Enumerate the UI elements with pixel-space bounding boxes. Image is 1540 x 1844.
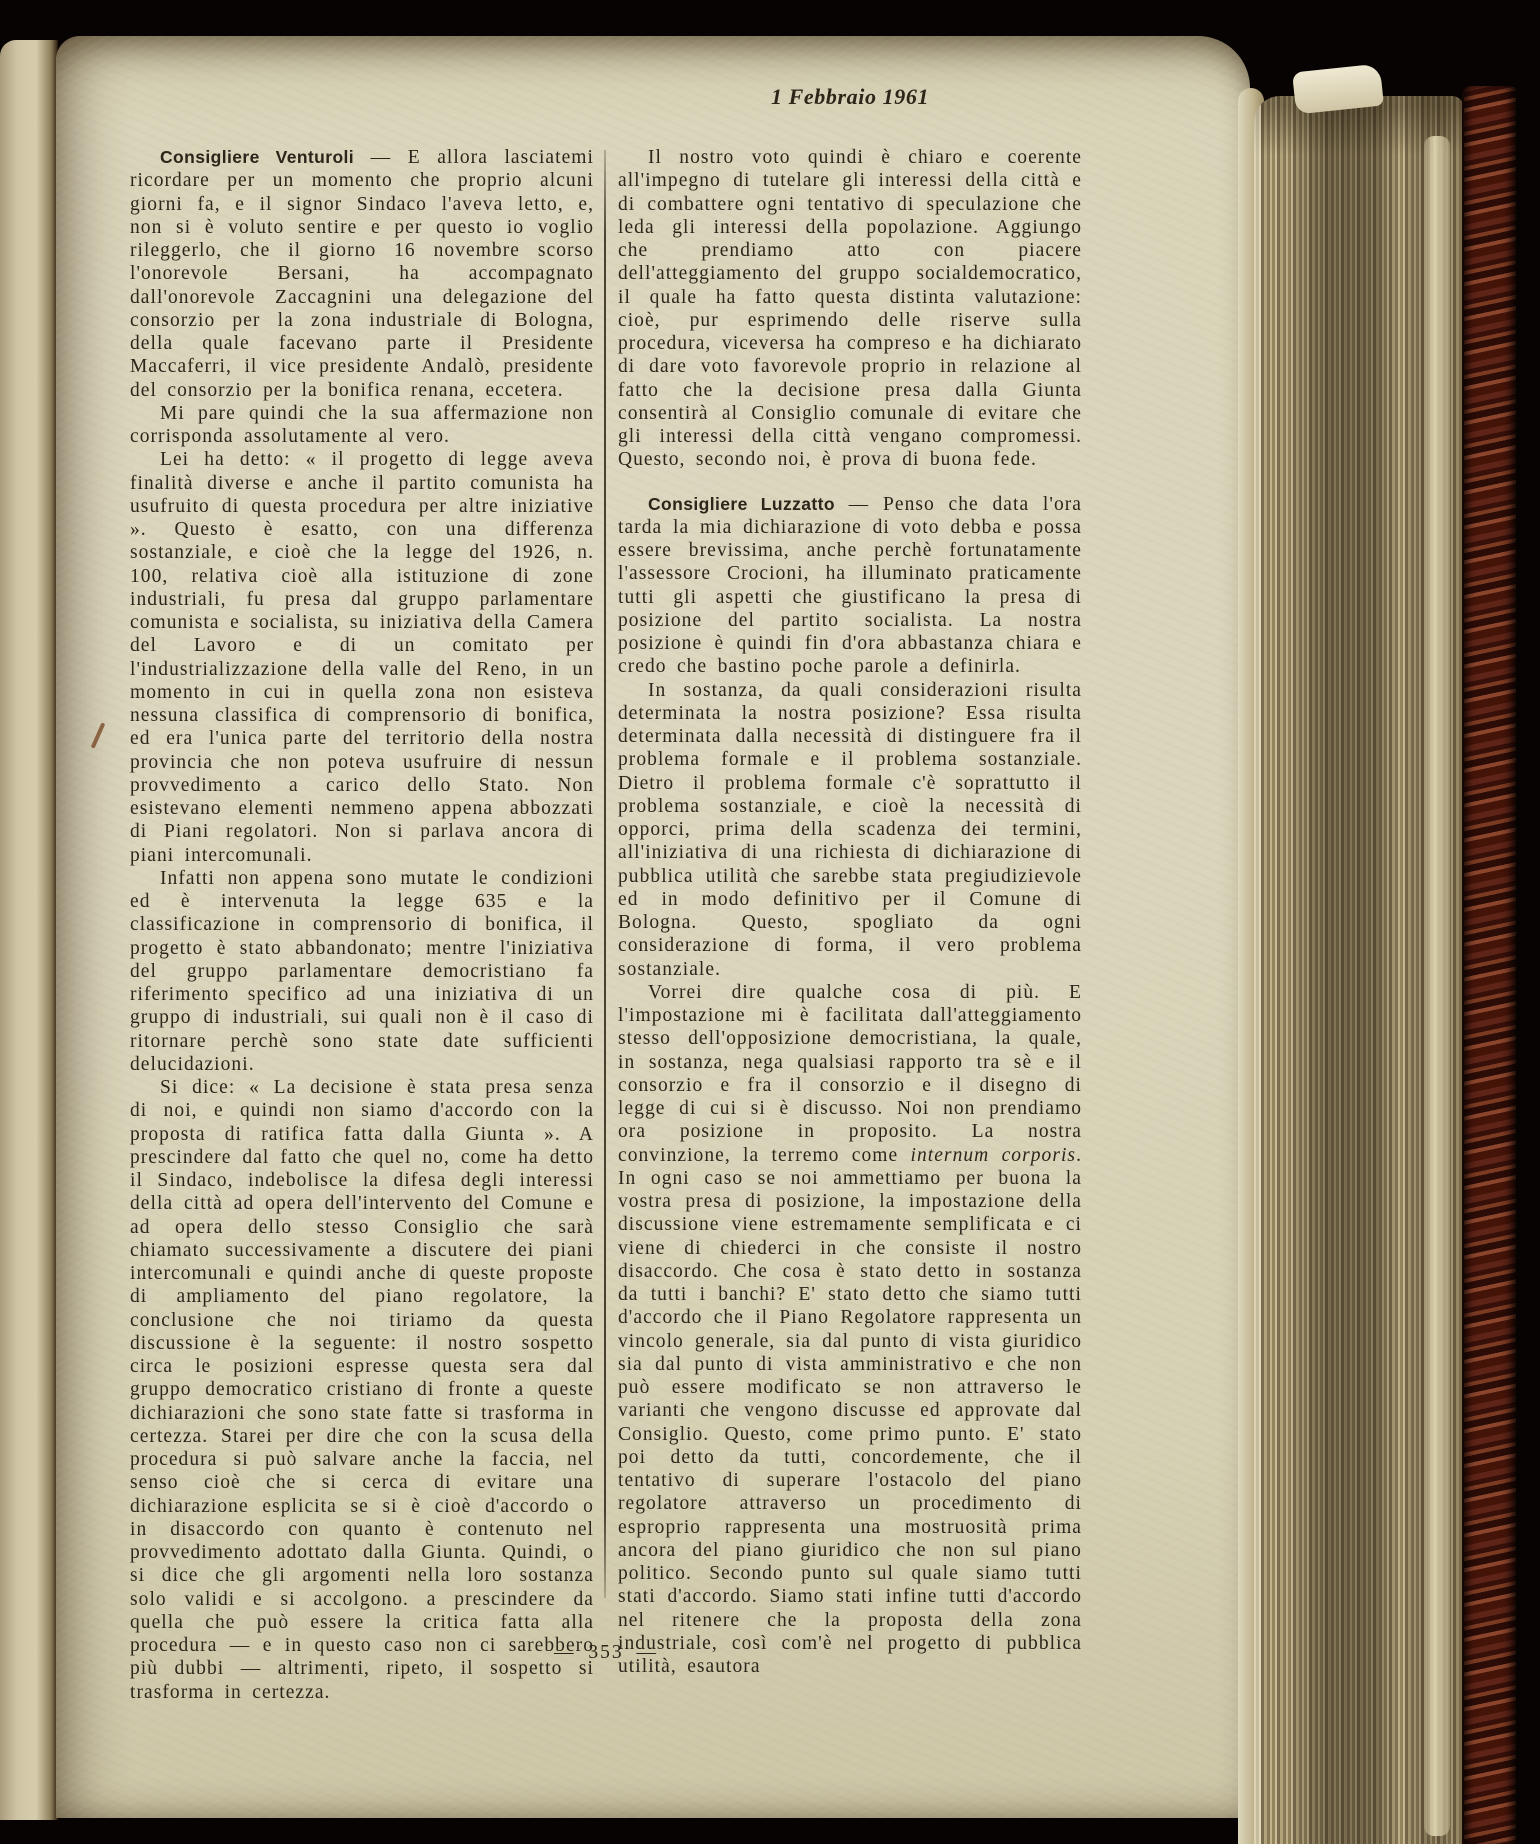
paragraph: Infatti non appena sono mutate le condiz… (130, 867, 594, 1076)
text-run: Infatti non appena sono mutate le condiz… (130, 868, 594, 1075)
paragraph: Si dice: « La decisione è stata presa se… (130, 1076, 594, 1704)
paragraph: In sostanza, da quali considerazioni ris… (618, 679, 1082, 981)
speaker-name: Consigliere Venturoli (160, 147, 354, 167)
text-run: In sostanza, da quali considerazioni ris… (618, 680, 1082, 980)
paragraph: Il nostro voto quindi è chiaro e coerent… (618, 146, 1082, 472)
text-run: Mi pare quindi che la sua affermazione n… (130, 403, 594, 447)
fore-edge-pale-strip (1424, 136, 1450, 1836)
left-text-column: Consigliere Venturoli — E allora lasciat… (130, 146, 594, 1704)
text-run: . In ogni caso se noi ammettiamo per buo… (618, 1145, 1082, 1678)
text-run: Lei ha detto: « il progetto di legge ave… (130, 449, 594, 865)
paragraph: Mi pare quindi che la sua affermazione n… (130, 402, 594, 449)
speaker-name: Consigliere Luzzatto (648, 494, 835, 514)
speech-paragraph: Consigliere Luzzatto — Penso che data l'… (618, 493, 1082, 679)
marbled-cover (1462, 86, 1516, 1844)
facing-page-edge (0, 40, 58, 1820)
page-number: — 353 — (130, 1642, 1082, 1664)
column-divider-rule (604, 150, 606, 1598)
paragraph: Vorrei dire qualche cosa di più. E l'imp… (618, 981, 1082, 1679)
text-run: Si dice: « La decisione è stata presa se… (130, 1077, 594, 1703)
text-run: Il nostro voto quindi è chiaro e coerent… (618, 147, 1082, 470)
text-run: Vorrei dire qualche cosa di più. E l'imp… (618, 982, 1082, 1166)
right-text-column: Il nostro voto quindi è chiaro e coerent… (618, 146, 1082, 1678)
speech-paragraph: Consigliere Venturoli — E allora lasciat… (130, 146, 594, 402)
header-date: 1 Febbraio 1961 (618, 84, 1082, 110)
text-run: — Penso che data l'ora tarda la mia dich… (618, 494, 1082, 678)
book-fore-edge-pages (1254, 96, 1464, 1844)
text-run: — E allora lasciatemi ricordare per un m… (130, 147, 594, 401)
latin-phrase-italic: internum corporis (910, 1145, 1076, 1166)
paragraph: Lei ha detto: « il progetto di legge ave… (130, 448, 594, 867)
